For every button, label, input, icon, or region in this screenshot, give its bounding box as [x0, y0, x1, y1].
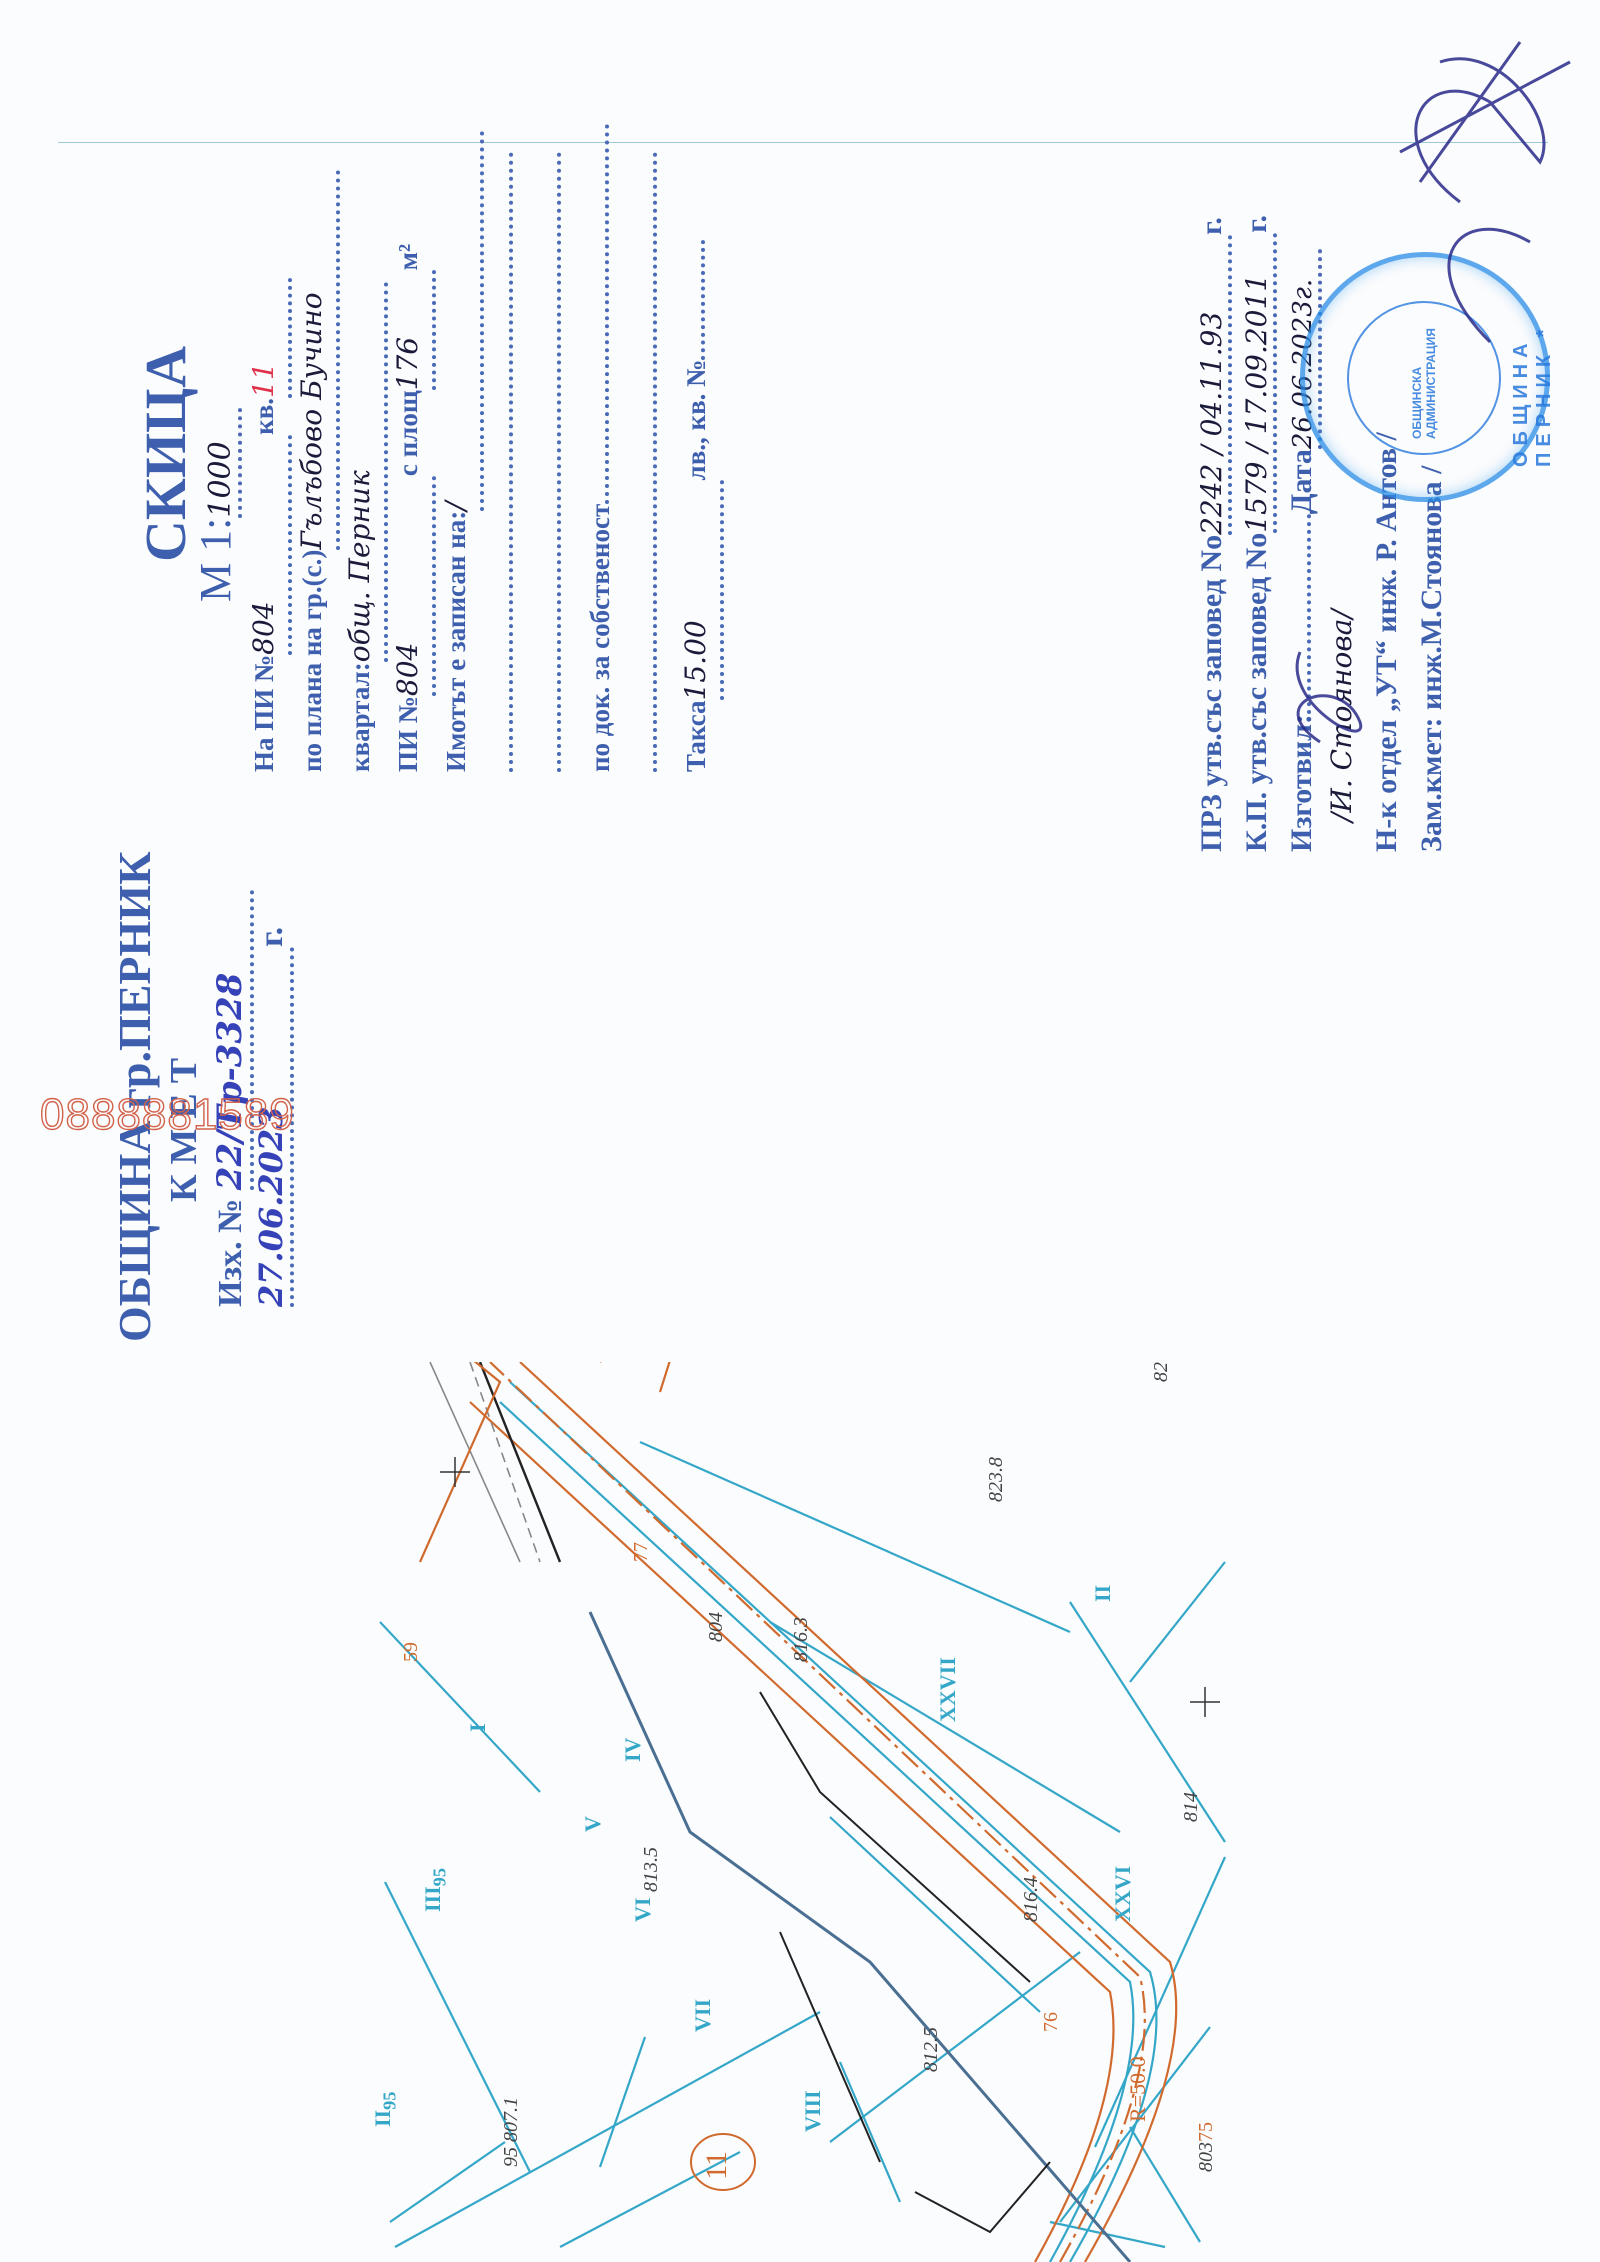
plot-label: VIII: [800, 2090, 826, 2132]
sketch-field-row: [624, 132, 672, 772]
field-label: Имотът е записан на:: [441, 511, 471, 772]
plot-label-ii95: II95: [370, 2092, 400, 2127]
survey-point: 76: [1040, 2012, 1063, 2032]
elevation: 807.1: [500, 2097, 523, 2142]
plot-label: IV: [620, 1738, 646, 1762]
watermark-phone: 0888881589: [40, 1090, 295, 1140]
plot-label: XXVII: [935, 1657, 961, 1722]
plot-label: I: [465, 1723, 491, 1732]
elevation: 816.3: [790, 1617, 813, 1662]
field-label: На ПИ №: [249, 655, 279, 772]
quarter-number: 11: [700, 2151, 734, 2180]
sketch-title: СКИЦА: [132, 346, 199, 562]
field-suffix-value: 11: [240, 278, 292, 398]
plot-label: VII: [690, 1999, 716, 2032]
survey-point: 75: [1195, 2122, 1218, 2142]
sketch-field-row: по док. за собственост: [576, 132, 624, 772]
sketch-field-row: На ПИ №804кв.11: [240, 132, 288, 772]
parcel-number: 804: [705, 1612, 728, 1642]
sketch-field-row: квартал:общ. Перник: [336, 132, 384, 772]
field-suffix-value: [701, 240, 705, 360]
field-value: 15.00: [672, 480, 724, 700]
plot-label: V: [580, 1816, 606, 1832]
elevation: 813.5: [640, 1847, 663, 1892]
field-suffix: кв.: [249, 398, 279, 435]
field-suffix: с площ: [393, 390, 423, 476]
field-label: Такса: [681, 700, 711, 772]
plot-label: II: [1090, 1585, 1116, 1602]
elevation: 823.8: [985, 1457, 1008, 1502]
parcel-number: 82: [1150, 1362, 1173, 1382]
survey-point: 77: [630, 1542, 653, 1562]
sketch-fields: На ПИ №804кв.11по плана на гр.(с.)Гълъбо…: [240, 132, 720, 772]
field-value: [557, 152, 561, 772]
elevation: 812.5: [920, 2027, 943, 2072]
sketch-field-row: Такса15.00лв., кв. №: [672, 132, 720, 772]
sketch-field-row: ПИ №804с площ176м²: [384, 132, 432, 772]
parcel-number: 814: [1180, 1792, 1203, 1822]
signatures: [1160, 2, 1600, 762]
field-label: по плана на гр.(с.): [297, 550, 327, 772]
sketch-scale: М 1:1000: [190, 408, 242, 602]
outgoing-number: 22/Тр-3328: [210, 890, 254, 1190]
elevation: 816.4: [1020, 1877, 1043, 1922]
field-label: квартал:: [345, 662, 375, 772]
plot-label-iii: III95: [420, 1868, 450, 1912]
parcel-number: 803: [1195, 2142, 1218, 2172]
field-value: 804: [240, 435, 292, 655]
survey-point: 59: [400, 1642, 423, 1662]
plot-label: VI: [630, 1898, 656, 1922]
field-value: [509, 152, 513, 772]
sketch-field-row: по плана на гр.(с.)Гълъбово Бучино: [288, 132, 336, 772]
plot-label: XXVI: [1110, 1866, 1136, 1922]
field-value: общ. Перник: [336, 282, 388, 662]
sketch-field-row: [480, 132, 528, 772]
field-value: /: [432, 131, 484, 511]
sketch-field-row: [528, 132, 576, 772]
parcel-number: 95: [500, 2147, 523, 2167]
field-unit: м²: [393, 244, 423, 271]
field-suffix-value: 176: [384, 270, 436, 390]
field-value: 804: [384, 476, 436, 696]
field-value: Гълъбово Бучино: [288, 170, 340, 550]
field-suffix: лв., кв. №: [681, 360, 711, 481]
field-value: [605, 124, 609, 504]
field-label: по док. за собственост: [585, 504, 615, 772]
curve-radius-label: R=50.0: [1125, 2056, 1151, 2122]
sketch-field-row: Имотът е записан на:/: [432, 132, 480, 772]
field-label: ПИ №: [393, 696, 423, 772]
field-value: [653, 152, 657, 772]
